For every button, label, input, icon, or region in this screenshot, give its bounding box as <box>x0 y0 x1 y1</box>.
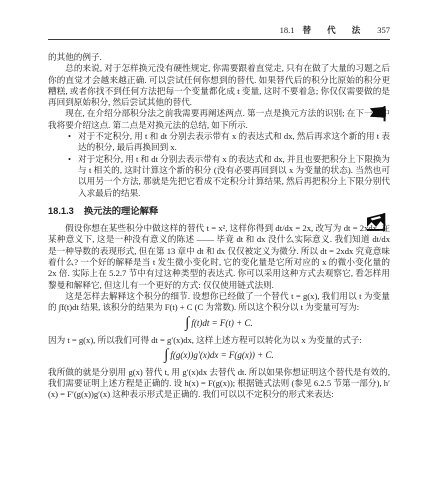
display-formula-1: ∫ f(t)dt = F(t) + C. <box>48 317 390 331</box>
subsection-title: 换元法的理论解释 <box>84 206 158 216</box>
running-header: 18.1 替 代 法 357 <box>48 24 390 40</box>
header-section-number: 18.1 <box>280 25 295 35</box>
header-page-number: 357 <box>377 25 390 35</box>
header-chapter-title: 替 代 法 <box>302 24 367 36</box>
paragraph-chain-rule-proof: 我所做的就是分别用 g(x) 替代 t, 用 g′(x)dx 去替代 dt. 所… <box>48 367 390 401</box>
display-formula-2: ∫ f(g(x))g′(x)dx = F(g(x)) + C. <box>48 349 390 363</box>
paragraph-two-points: 现在, 在介绍分部积分法之前我需要再阐述两点. 第一点是换元方法的识别; 在下一… <box>48 108 390 131</box>
margin-flag-icon <box>369 106 387 124</box>
paragraph-overview: 总的来说, 对于怎样换元没有硬性规定, 你需要跟着直觉走, 只有在做了大量的习题… <box>48 63 390 108</box>
paragraph-leading: 的其他的例子. <box>48 52 390 63</box>
bullet-definite-integral: 对于定积分, 用 t 和 dt 分别去表示带有 x 的表达式和 dx, 并且也要… <box>78 154 390 199</box>
subsection-number: 18.1.3 <box>48 206 74 216</box>
subsection-heading: 18.1.3换元法的理论解释 <box>48 206 390 217</box>
integral-sign: ∫ <box>164 348 168 362</box>
formula-1-body: f(t)dt = F(t) + C. <box>191 318 252 329</box>
summary-bullet-list: 对于不定积分, 用 t 和 dt 分别去表示带有 x 的表达式和 dx, 然后再… <box>48 131 390 199</box>
book-page: 18.1 替 代 法 357 的其他的例子. 总的来说, 对于怎样换元没有硬性规… <box>0 0 424 480</box>
paragraph-differentials: 假设你想在某些积分中做这样的替代 t = x², 这样你得到 dt/dx = 2… <box>48 223 390 291</box>
paragraph-substitution-detail: 这是怎样去解释这个积分的细节. 设想你已经做了一个替代 t = g(x), 我们… <box>48 291 390 314</box>
paragraph-transform: 因为 t = g(x), 所以我们可得 dt = g′(x)dx, 这样上述方程… <box>48 335 390 346</box>
page-content: 18.1 替 代 法 357 的其他的例子. 总的来说, 对于怎样换元没有硬性规… <box>48 24 390 401</box>
bullet-indefinite-integral: 对于不定积分, 用 t 和 dt 分别去表示带有 x 的表达式和 dx, 然后再… <box>78 131 390 154</box>
integral-sign: ∫ <box>185 316 189 330</box>
margin-flag-wave-icon <box>367 213 387 235</box>
formula-2-body: f(g(x))g′(x)dx = F(g(x)) + C. <box>170 350 273 361</box>
body-text: 的其他的例子. 总的来说, 对于怎样换元没有硬性规定, 你需要跟着直觉走, 只有… <box>48 52 390 401</box>
